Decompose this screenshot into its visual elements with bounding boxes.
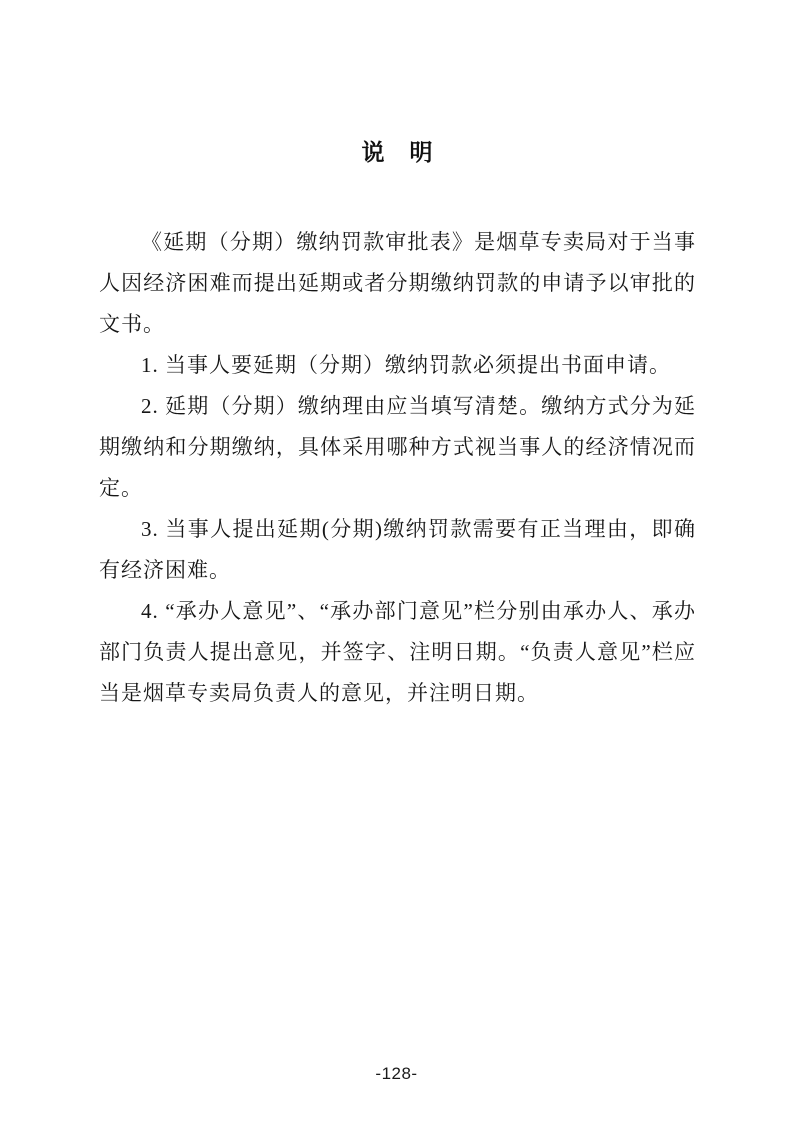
body-text: 《延期（分期）缴纳罚款审批表》是烟草专卖局对于当事人因经济困难而提出延期或者分期… xyxy=(99,222,696,714)
paragraph-intro: 《延期（分期）缴纳罚款审批表》是烟草专卖局对于当事人因经济困难而提出延期或者分期… xyxy=(99,222,696,345)
page-title: 说 明 xyxy=(99,134,696,170)
document-content: 说 明 《延期（分期）缴纳罚款审批表》是烟草专卖局对于当事人因经济困难而提出延期… xyxy=(99,134,696,714)
paragraph-item-4: 4. “承办人意见”、“承办部门意见”栏分别由承办人、承办部门负责人提出意见，并… xyxy=(99,591,696,714)
paragraph-item-1: 1. 当事人要延期（分期）缴纳罚款必须提出书面申请。 xyxy=(99,345,696,386)
paragraph-item-3: 3. 当事人提出延期(分期)缴纳罚款需要有正当理由，即确有经济困难。 xyxy=(99,509,696,591)
paragraph-item-2: 2. 延期（分期）缴纳理由应当填写清楚。缴纳方式分为延期缴纳和分期缴纳，具体采用… xyxy=(99,386,696,509)
document-page: 说 明 《延期（分期）缴纳罚款审批表》是烟草专卖局对于当事人因经济困难而提出延期… xyxy=(0,0,793,1122)
page-number: -128- xyxy=(0,1064,793,1084)
